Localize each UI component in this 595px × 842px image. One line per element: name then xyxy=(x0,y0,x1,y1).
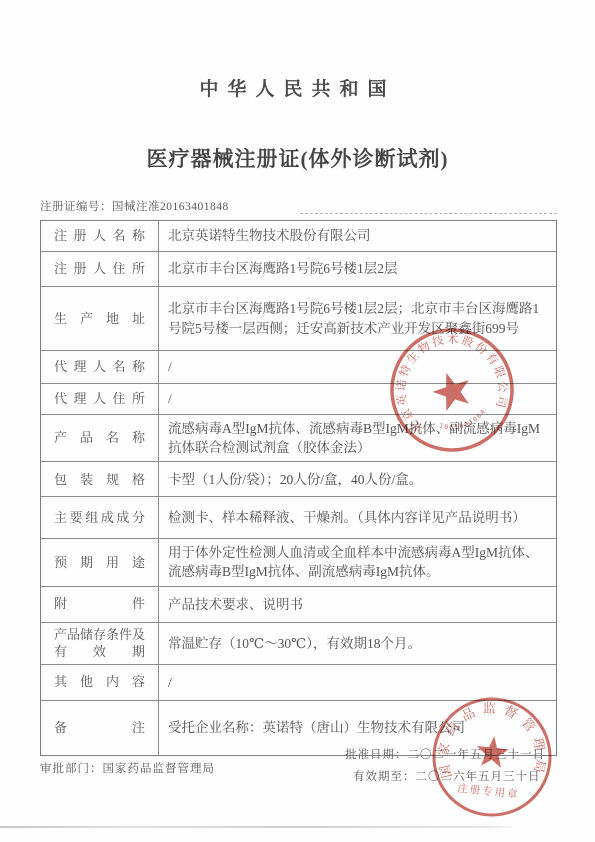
row-label: 产品名称 xyxy=(41,415,159,461)
approval-date-label: 批准日期： xyxy=(345,749,408,761)
registration-number-label: 注册证编号： xyxy=(40,201,112,213)
approval-department-line: 审批部门：国家药品监督管理局 xyxy=(40,760,215,776)
row-label: 注册人名称 xyxy=(41,221,159,251)
row-label: 其他内容 xyxy=(41,665,159,700)
company-seal: 北京英诺特生物技术股份有限公司 1061067064 xyxy=(382,320,522,460)
table-row: 注册人住所 北京市丰台区海鹰路1号院6号楼1层2层 xyxy=(41,251,556,286)
row-label: 附件 xyxy=(41,587,159,622)
company-seal-serial: 1061067064 xyxy=(436,405,491,437)
scan-page-edge xyxy=(0,826,512,828)
registration-number-value: 国械注准20163401848 xyxy=(112,201,229,213)
certificate-title: 医疗器械注册证(体外诊断试剂) xyxy=(0,143,595,173)
table-row: 主要组成成分 检测卡、样本稀释液、干燥剂。（具体内容详见产品说明书） xyxy=(41,496,556,538)
table-row: 附件 产品技术要求、说明书 xyxy=(41,586,556,622)
row-value: 产品技术要求、说明书 xyxy=(159,587,556,622)
row-label: 包装规格 xyxy=(41,462,159,496)
row-label: 生产地址 xyxy=(41,287,159,350)
svg-text:1061067064: 1061067064 xyxy=(436,405,491,437)
valid-until-label: 有效期至： xyxy=(353,771,416,783)
row-value: 检测卡、样本稀释液、干燥剂。（具体内容详见产品说明书） xyxy=(159,497,556,538)
row-label: 备注 xyxy=(41,701,159,755)
registration-number-line: 注册证编号：国械注准20163401848 xyxy=(40,198,229,214)
registration-number-rule xyxy=(300,213,557,214)
row-value: 常温贮存（10℃～30℃），有效期18个月。 xyxy=(159,623,556,664)
certificate-table: 注册人名称 北京英诺特生物技术股份有限公司 注册人住所 北京市丰台区海鹰路1号院… xyxy=(40,220,557,756)
country-title: 中华人民共和国 xyxy=(0,74,595,101)
row-label: 代理人住所 xyxy=(41,384,159,414)
table-row: 产品储存条件及有效期 常温贮存（10℃～30℃），有效期18个月。 xyxy=(41,622,556,664)
row-value: 北京英诺特生物技术股份有限公司 xyxy=(159,221,556,251)
certificate-page: 中华人民共和国 医疗器械注册证(体外诊断试剂) 注册证编号：国械注准201634… xyxy=(0,0,595,842)
table-row: 预期用途 用于体外定性检测人血清或全血样本中流感病毒A型IgM抗体、流感病毒B型… xyxy=(41,538,556,585)
approval-department-value: 国家药品监督管理局 xyxy=(103,763,216,775)
row-value: 用于体外定性检测人血清或全血样本中流感病毒A型IgM抗体、流感病毒B型IgM抗体… xyxy=(159,539,556,585)
row-label: 产品储存条件及有效期 xyxy=(41,623,159,664)
authority-seal-star xyxy=(475,734,510,768)
row-label: 代理人名称 xyxy=(41,351,159,383)
approval-department-label: 审批部门： xyxy=(40,763,103,775)
row-value: 北京市丰台区海鹰路1号院6号楼1层2层 xyxy=(159,252,556,286)
company-seal-star xyxy=(428,367,475,413)
row-label: 预期用途 xyxy=(41,539,159,585)
table-row: 包装规格 卡型（1人份/袋）；20人份/盒，40人份/盒。 xyxy=(41,461,556,496)
authority-seal-bottom-text: 注册专用章 xyxy=(457,782,521,801)
table-row: 注册人名称 北京英诺特生物技术股份有限公司 xyxy=(41,221,556,251)
row-value: 卡型（1人份/袋）；20人份/盒，40人份/盒。 xyxy=(159,462,556,496)
authority-seal: 国家药品监督管理局 注册专用章 xyxy=(426,691,558,823)
row-label: 注册人住所 xyxy=(41,252,159,286)
row-label: 主要组成成分 xyxy=(41,497,159,538)
